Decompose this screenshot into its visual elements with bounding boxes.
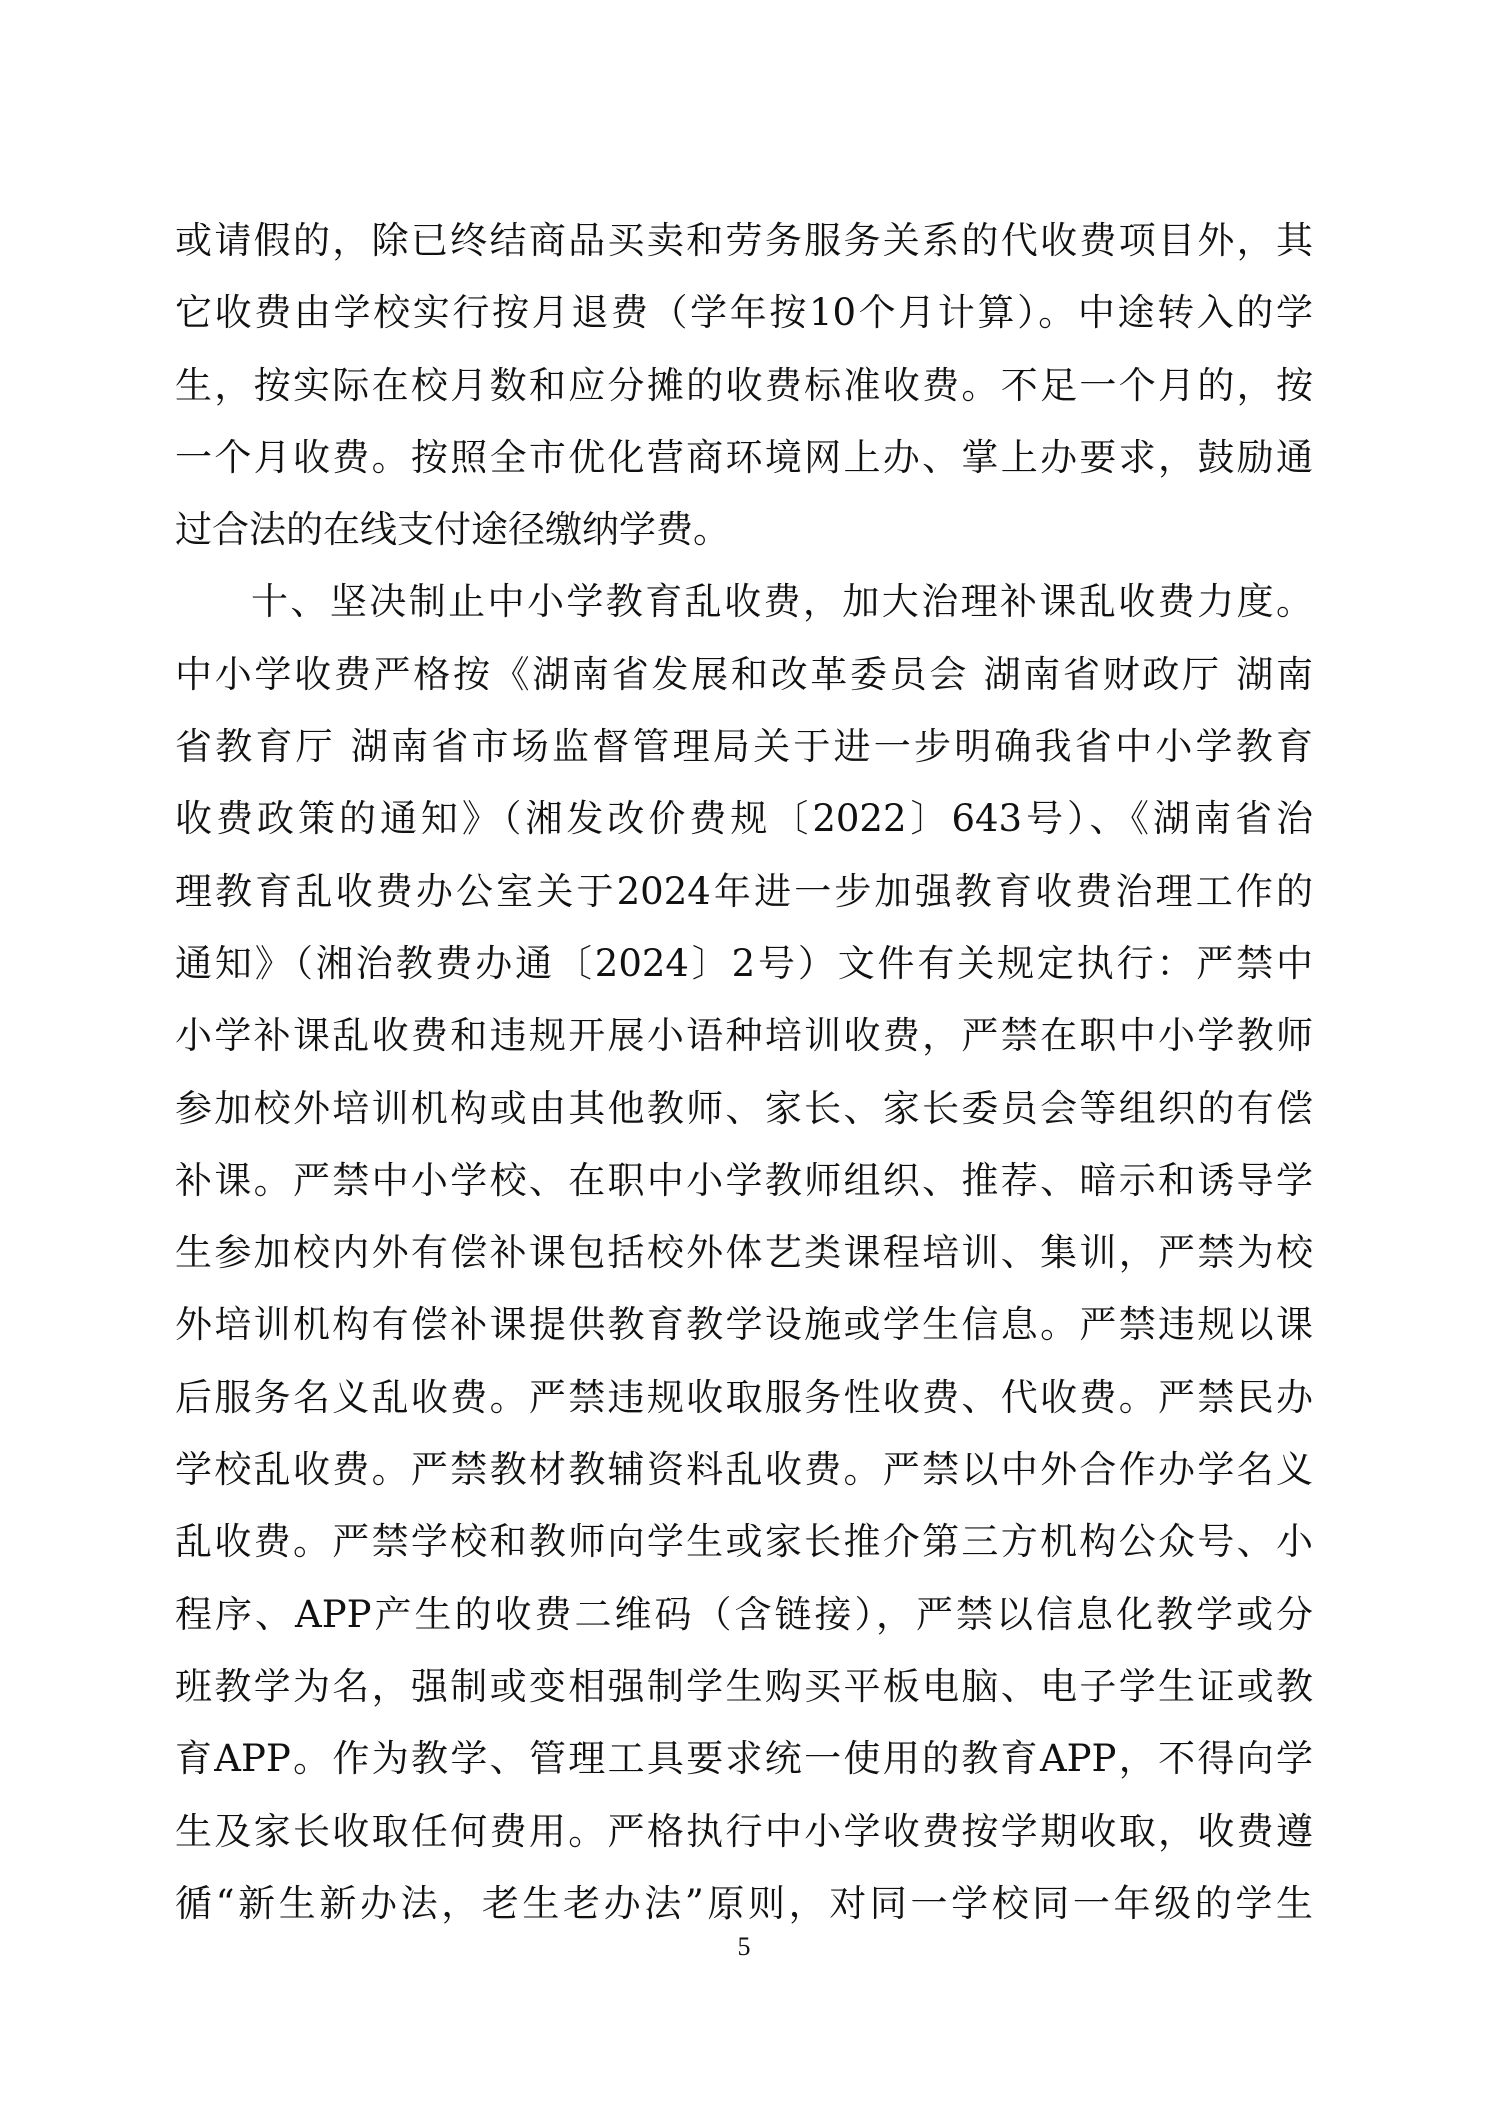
text-line: 省教育厅 湖南省市场监督管理局关于进一步明确我省中小学教育	[175, 711, 1313, 783]
text-line: 循“新生新办法，老生老办法”原则，对同一学校同一年级的学生	[175, 1868, 1313, 1940]
text-line: 或请假的，除已终结商品买卖和劳务服务关系的代收费项目外，其	[175, 205, 1313, 277]
text-line: 后服务名义乱收费。严禁违规收取服务性收费、代收费。严禁民办	[175, 1362, 1313, 1434]
text-line: 过合法的在线支付途径缴纳学费。	[175, 494, 1313, 566]
text-line: 一个月收费。按照全市优化营商环境网上办、掌上办要求，鼓励通	[175, 422, 1313, 494]
section-heading-line: 十、坚决制止中小学教育乱收费，加大治理补课乱收费力度。	[175, 566, 1313, 638]
text-line: 班教学为名，强制或变相强制学生购买平板电脑、电子学生证或教	[175, 1651, 1313, 1723]
text-line: 收费政策的通知》（湘发改价费规〔2022〕643号）、《湖南省治	[175, 783, 1313, 855]
text-line: 通知》（湘治教费办通〔2024〕2号）文件有关规定执行：严禁中	[175, 928, 1313, 1000]
text-line: 乱收费。严禁学校和教师向学生或家长推介第三方机构公众号、小	[175, 1506, 1313, 1578]
page-number: 5	[0, 1932, 1488, 1962]
text-line: 补课。严禁中小学校、在职中小学教师组织、推荐、暗示和诱导学	[175, 1145, 1313, 1217]
text-line: 理教育乱收费办公室关于2024年进一步加强教育收费治理工作的	[175, 856, 1313, 928]
text-line: 育APP。作为教学、管理工具要求统一使用的教育APP，不得向学	[175, 1723, 1313, 1795]
text-line: 程序、APP产生的收费二维码（含链接），严禁以信息化教学或分	[175, 1579, 1313, 1651]
body-text: 或请假的，除已终结商品买卖和劳务服务关系的代收费项目外，其 它收费由学校实行按月…	[175, 205, 1313, 1940]
text-line: 生参加校内外有偿补课包括校外体艺类课程培训、集训，严禁为校	[175, 1217, 1313, 1289]
text-line: 参加校外培训机构或由其他教师、家长、家长委员会等组织的有偿	[175, 1073, 1313, 1145]
text-line: 中小学收费严格按《湖南省发展和改革委员会 湖南省财政厅 湖南	[175, 639, 1313, 711]
text-line: 小学补课乱收费和违规开展小语种培训收费，严禁在职中小学教师	[175, 1000, 1313, 1072]
text-line: 外培训机构有偿补课提供教育教学设施或学生信息。严禁违规以课	[175, 1289, 1313, 1361]
text-line: 生，按实际在校月数和应分摊的收费标准收费。不足一个月的，按	[175, 350, 1313, 422]
text-line: 它收费由学校实行按月退费（学年按10个月计算）。中途转入的学	[175, 277, 1313, 349]
text-line: 学校乱收费。严禁教材教辅资料乱收费。严禁以中外合作办学名义	[175, 1434, 1313, 1506]
document-page: 或请假的，除已终结商品买卖和劳务服务关系的代收费项目外，其 它收费由学校实行按月…	[0, 0, 1488, 2104]
text-line: 生及家长收取任何费用。严格执行中小学收费按学期收取，收费遵	[175, 1796, 1313, 1868]
